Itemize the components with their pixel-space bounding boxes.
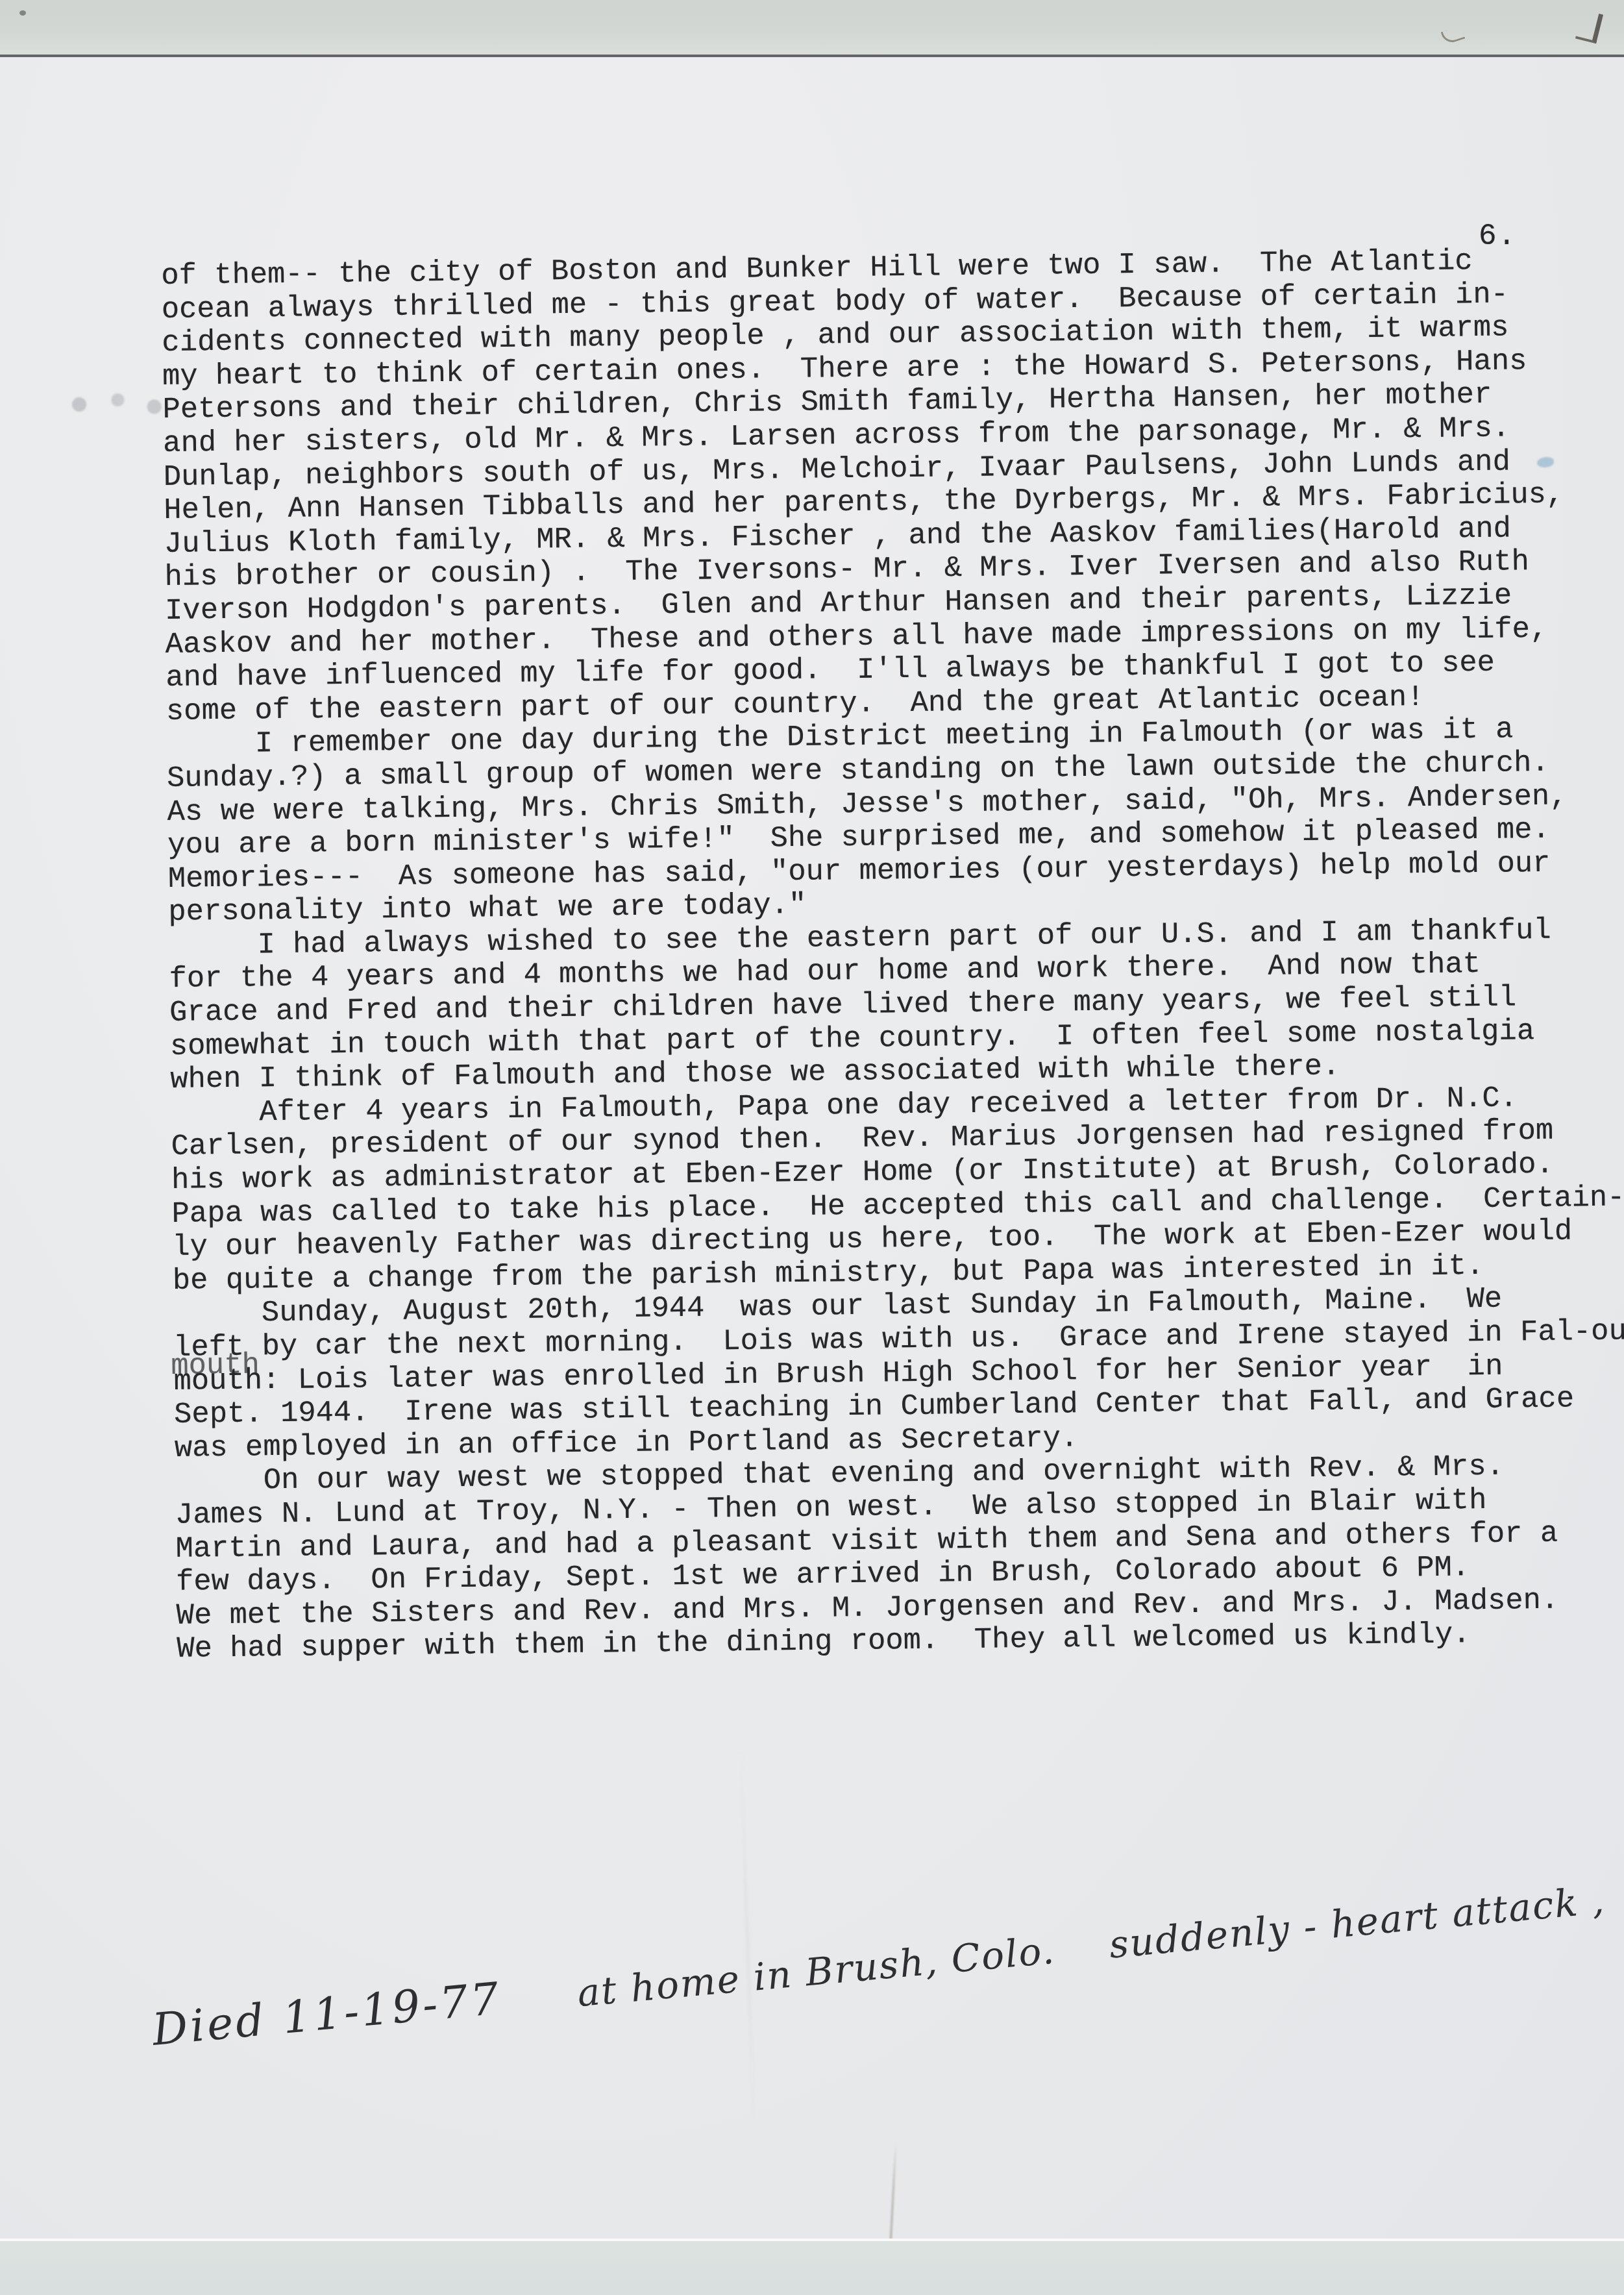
handwritten-place: at home in Brush, Colo. — [576, 1928, 1057, 2016]
dust-speck — [19, 10, 26, 16]
typed-text-block: of them-- the city of Boston and Bunker … — [161, 243, 1624, 1667]
scanner-background-top — [0, 0, 1624, 55]
handwritten-death-date: Died 11-19-77 — [150, 1973, 503, 2056]
overtyped-word: mouth — [171, 1348, 260, 1383]
handwritten-cause: suddenly - heart attack , — [1107, 1878, 1607, 1967]
paper: 6. of them-- the city of Boston and Bunk… — [0, 57, 1624, 2241]
staple-impression-smudge — [57, 382, 167, 427]
handwritten-note: Died 11-19-77at home in Brush, Colo.sudd… — [150, 1864, 1624, 2056]
scanned-document-page: 6. of them-- the city of Boston and Bunk… — [0, 0, 1624, 2295]
paper-crease — [740, 1745, 756, 2135]
scanner-background-bottom — [0, 2241, 1624, 2295]
